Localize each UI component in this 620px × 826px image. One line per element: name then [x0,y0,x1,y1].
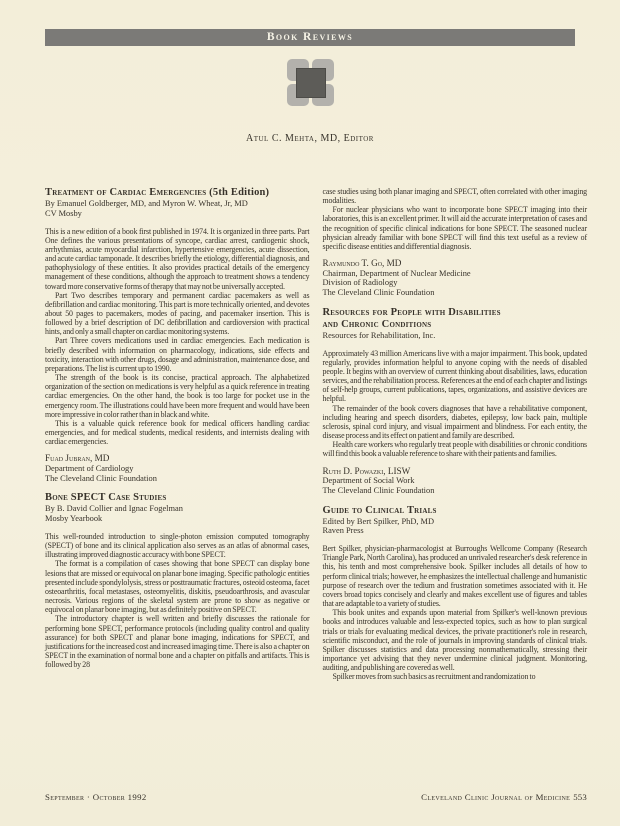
review-paragraph: Spilker moves from such basics as recrui… [323,672,588,681]
footer-page-number: 553 [573,792,587,802]
review-paragraph: The remainder of the book covers diagnos… [323,404,588,441]
review-paragraph: The introductory chapter is well written… [45,614,310,669]
review-paragraph: The strength of the book is its concise,… [45,373,310,419]
review-paragraph: Bert Spilker, physician-pharmacologist a… [323,544,588,608]
reviewer-affiliation: Department of Cardiology [45,464,310,474]
editor-credit: Atul C. Mehta, MD, Editor [0,133,620,144]
review-title-text: Guide to Clinical Trials [323,505,437,516]
review-publisher: CV Mosby [45,209,310,219]
reviewer-name: Raymundo T. Go, MD [323,258,588,268]
review-paragraph: This is a new edition of a book first pu… [45,227,310,291]
review-title: Treatment of Cardiac Emergencies (5th Ed… [45,187,310,199]
review-title: Bone SPECT Case Studies [45,492,310,504]
reviewer-name: Fuad Jubran, MD [45,453,310,463]
reviewer-affiliation: Chairman, Department of Nuclear Medicine [323,269,588,279]
review-byline: By Emanuel Goldberger, MD, and Myron W. … [45,199,310,209]
review-paragraph: Part Two describes temporary and permane… [45,291,310,337]
review-paragraph: Approximately 43 million Americans live … [323,349,588,404]
review-title-line2: and Chronic Conditions [323,319,588,331]
review-publisher: Resources for Rehabilitation, Inc. [323,331,588,341]
footer-issue-date: September · October 1992 [45,792,147,802]
reviewer-signature: Ruth D. Powazki, LISWDepartment of Socia… [323,466,588,496]
review-paragraph: The format is a compilation of cases sho… [45,559,310,614]
review-title-text: Treatment of Cardiac Emergencies [45,187,206,198]
review-title-text: Bone SPECT Case Studies [45,492,166,503]
review-paragraph: This is a valuable quick reference book … [45,419,310,446]
review-publisher: Raven Press [323,526,588,536]
review-paragraph: case studies using both planar imaging a… [323,187,588,205]
review-byline: By B. David Collier and Ignac Fogelman [45,504,310,514]
page-footer: September · October 1992 Cleveland Clini… [45,792,587,802]
review-header: Guide to Clinical TrialsEdited by Bert S… [323,505,588,537]
review-header: Resources for People with Disabilitiesan… [323,307,588,341]
review-columns: Treatment of Cardiac Emergencies (5th Ed… [45,187,587,682]
review-header: Treatment of Cardiac Emergencies (5th Ed… [45,187,310,219]
book-reviews-banner: Book Reviews [45,29,575,46]
review-title-suffix: (5th Edition) [206,187,269,198]
review-publisher: Mosby Yearbook [45,514,310,524]
reviewer-affiliation: The Cleveland Clinic Foundation [45,474,310,484]
review-header: Bone SPECT Case StudiesBy B. David Colli… [45,492,310,524]
reviewer-name: Ruth D. Powazki, LISW [323,466,588,476]
journal-logo [287,59,334,106]
review-paragraph: This well-rounded introduction to single… [45,532,310,559]
reviewer-signature: Raymundo T. Go, MDChairman, Department o… [323,258,588,298]
footer-journal-name: Cleveland Clinic Journal of Medicine [421,792,570,802]
logo-center-square [296,68,326,98]
footer-journal-line: Cleveland Clinic Journal of Medicine553 [421,792,587,802]
review-paragraph: For nuclear physicians who want to incor… [323,205,588,251]
review-paragraph: Health care workers who regularly treat … [323,440,588,458]
reviewer-affiliation: The Cleveland Clinic Foundation [323,486,588,496]
reviewer-affiliation: Department of Social Work [323,476,588,486]
left-column: Treatment of Cardiac Emergencies (5th Ed… [45,187,310,682]
reviewer-affiliation: The Cleveland Clinic Foundation [323,288,588,298]
right-column: case studies using both planar imaging a… [323,187,588,682]
reviewer-signature: Fuad Jubran, MDDepartment of CardiologyT… [45,453,310,483]
review-title: Resources for People with Disabilities [323,307,588,319]
banner-title: Book Reviews [267,32,353,44]
review-title: Guide to Clinical Trials [323,505,588,517]
review-byline: Edited by Bert Spilker, PhD, MD [323,517,588,527]
review-title-text: Resources for People with Disabilities [323,307,501,318]
journal-page: { "banner": { "title": "Book Reviews" },… [0,0,620,826]
review-paragraph: Part Three covers medications used in ca… [45,336,310,373]
review-paragraph: This book unites and expands upon materi… [323,608,588,672]
reviewer-affiliation: Division of Radiology [323,278,588,288]
